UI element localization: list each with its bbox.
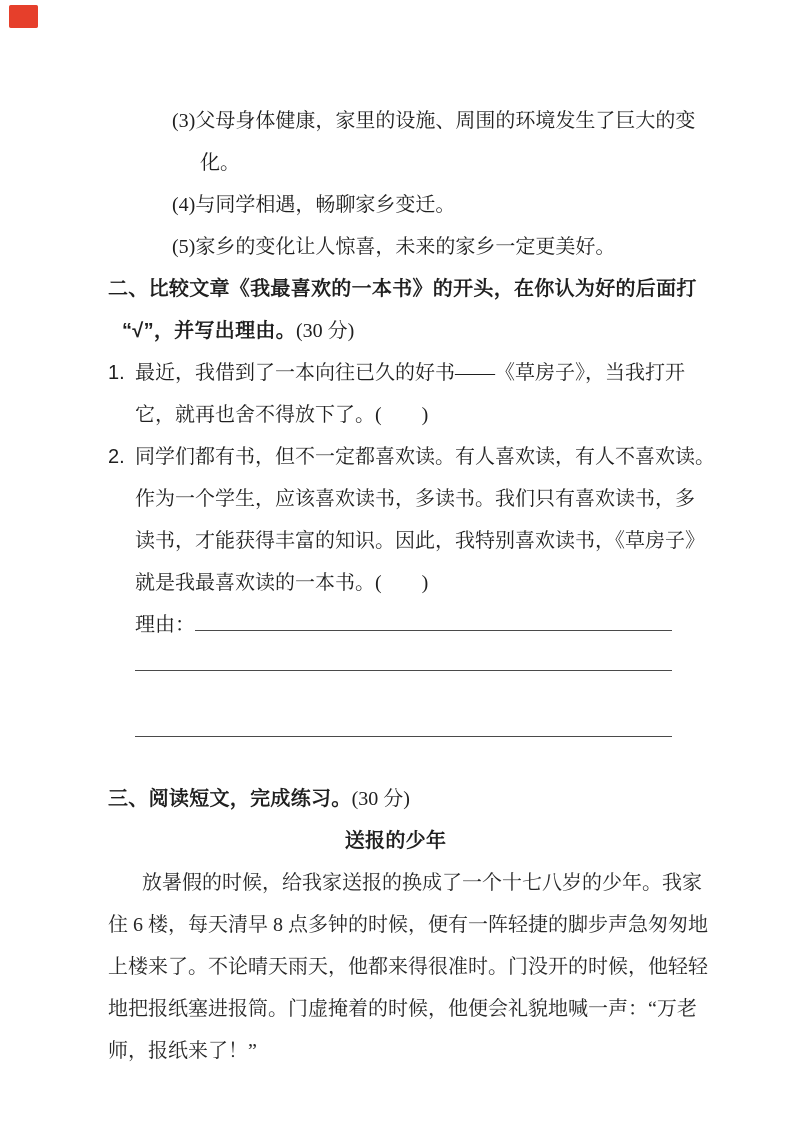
prior-item-3-line-1: (3)父母身体健康，家里的设施、周围的环境发生了巨大的变 <box>172 100 793 142</box>
worksheet-page: (3)父母身体健康，家里的设施、周围的环境发生了巨大的变 化。 (4)与同学相遇… <box>0 0 793 1122</box>
passage-line-4: 地把报纸塞进报筒。门虚掩着的时候，他便会礼貌地喊一声：“万老 <box>108 988 793 1030</box>
q1-number: 1. <box>108 352 135 394</box>
q2-line-1: 2.同学们都有书，但不一定都喜欢读。有人喜欢读，有人不喜欢读。 <box>108 436 793 478</box>
q1-line-1: 1.最近，我借到了一本向往已久的好书——《草房子》，当我打开 <box>108 352 793 394</box>
section-2-heading-line-2: “√”，并写出理由。(30 分) <box>122 310 793 352</box>
answer-line <box>195 604 672 631</box>
section-2-score: (30 分) <box>296 320 354 342</box>
answer-line <box>135 736 672 737</box>
q2-text-line-1: 同学们都有书，但不一定都喜欢读。有人喜欢读，有人不喜欢读。 <box>135 446 715 468</box>
blank-line-1 <box>108 670 793 712</box>
reason-line: 理由： <box>135 604 793 646</box>
passage-line-2: 住 6 楼，每天清早 8 点多钟的时候，便有一阵轻捷的脚步声急匆匆地 <box>108 904 793 946</box>
section-2-heading-line-2-text: “√”，并写出理由。 <box>122 320 296 342</box>
section-3-heading: 三、阅读短文，完成练习。(30 分) <box>108 778 793 820</box>
passage-line-5: 师，报纸来了！” <box>108 1030 793 1072</box>
blank-line-2 <box>108 736 793 778</box>
section-2-heading-line-1: 二、比较文章《我最喜欢的一本书》的开头，在你认为好的后面打 <box>108 268 793 310</box>
prior-item-3-line-2: 化。 <box>200 142 793 184</box>
q1-line-2: 它，就再也舍不得放下了。( ) <box>135 394 793 436</box>
section-3-score: (30 分) <box>352 788 410 810</box>
section-3-heading-text: 三、阅读短文，完成练习。 <box>108 788 352 810</box>
passage-line-1: 放暑假的时候，给我家送报的换成了一个十七八岁的少年。我家 <box>108 862 793 904</box>
red-marker-icon <box>9 5 38 28</box>
q2-line-2: 作为一个学生，应该喜欢读书，多读书。我们只有喜欢读书，多 <box>135 478 793 520</box>
reason-label: 理由： <box>135 614 195 636</box>
prior-item-5: (5)家乡的变化让人惊喜，未来的家乡一定更美好。 <box>172 226 793 268</box>
answer-line <box>135 670 672 671</box>
prior-item-4: (4)与同学相遇，畅聊家乡变迁。 <box>172 184 793 226</box>
q2-number: 2. <box>108 436 135 478</box>
q1-text-line-1: 最近，我借到了一本向往已久的好书——《草房子》，当我打开 <box>135 362 685 384</box>
q2-line-3: 读书，才能获得丰富的知识。因此，我特别喜欢读书，《草房子》 <box>135 520 793 562</box>
q2-line-4: 就是我最喜欢读的一本书。( ) <box>135 562 793 604</box>
passage-line-3: 上楼来了。不论晴天雨天，他都来得很准时。门没开的时候，他轻轻 <box>108 946 793 988</box>
passage-title: 送报的少年 <box>108 820 683 862</box>
